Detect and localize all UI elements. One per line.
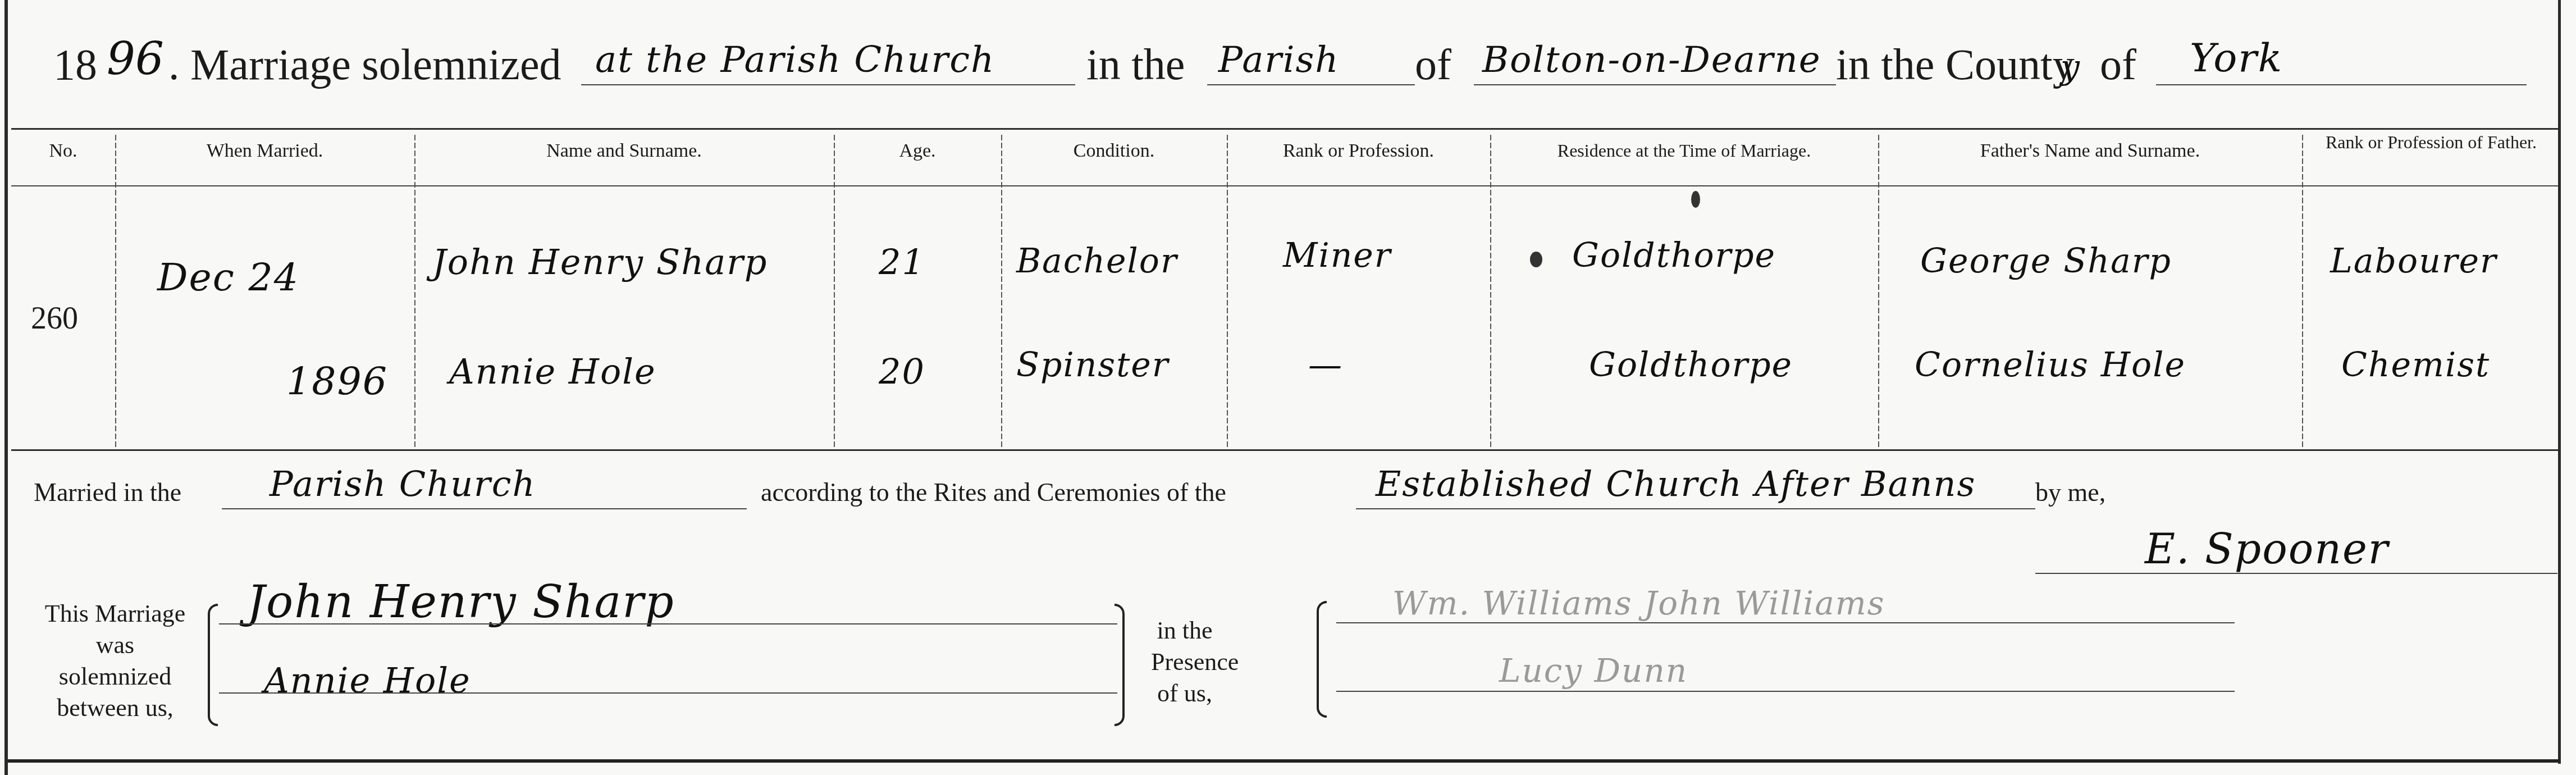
col-divider-8 [2302,135,2303,449]
year-suffix: 96 [107,33,164,85]
venue-underline [222,508,747,509]
col-header-rank: Rank or Profession. [1227,140,1490,162]
groom-father-profession: Labourer [2330,241,2497,281]
groom-residence: Goldthorpe [1572,236,1776,275]
groom-profession: Miner [1283,236,1391,275]
table-top-rule [11,128,2558,130]
col-header-residence: Residence at the Time of Marriage. [1490,140,1878,161]
county-underline [2156,84,2527,85]
bride-residence: Goldthorpe [1589,345,1793,385]
col-header-when-married: When Married. [115,140,414,162]
marriage-solemnized-text: . Marriage solemnized [168,39,561,90]
county-suffix: y [2061,48,2081,87]
place-underline [581,84,1075,85]
married-in-the-text: Married in the [34,477,181,507]
in-the-text: in the [1086,39,1185,90]
date-year: 1896 [286,359,388,404]
witness-2-signature: Lucy Dunn [1499,651,1688,690]
year-prefix: 18 [53,39,97,90]
groom-name: John Henry Sharp [432,241,768,282]
right-border [2558,0,2561,764]
groom-signature-line [219,623,1117,624]
according-to-text: according to the Rites and Ceremonies of… [761,477,1226,507]
officiant-signature: E. Spooner [2145,525,2389,573]
date-month-day: Dec 24 [157,256,299,300]
bride-age: 20 [879,351,925,392]
witness-2-line [1336,691,2235,692]
between-us-label: This Marriage was solemnized between us, [17,598,213,724]
label-line: This Marriage [17,598,213,630]
bride-father-profession: Chemist [2341,345,2490,385]
col-divider-7 [1878,135,1879,449]
col-divider-2 [414,135,415,449]
parish-name-field: Bolton-on-Dearne [1482,39,1821,81]
col-header-no: No. [11,140,115,162]
presence-label: in the Presence of us, [1151,615,1218,709]
ink-blot [1530,252,1542,267]
col-header-name: Name and Surname. [414,140,834,162]
table-bottom-rule [11,449,2558,451]
in-the-county-text: in the County [1836,39,2075,90]
officiant-underline [2035,573,2557,574]
parish-underline [1474,84,1836,85]
label-line: between us, [17,692,213,724]
bride-name: Annie Hole [449,351,656,392]
witness-1-line [1336,622,2235,623]
witness-1-signature: Wm. Williams John Williams [1392,584,1885,622]
ink-blot [1691,191,1700,208]
label-line: in the [1151,615,1218,646]
groom-age: 21 [879,241,925,282]
col-header-condition: Condition. [1001,140,1227,162]
of-text-2: of [2100,39,2136,90]
groom-father-name: George Sharp [1920,241,2172,281]
bride-profession: — [1308,345,1343,385]
label-line: Presence [1151,646,1218,678]
district-type-field: Parish [1218,39,1339,81]
venue-field: Parish Church [270,463,536,504]
right-brace [1115,604,1125,726]
col-header-father-name: Father's Name and Surname. [1878,140,2302,162]
bride-condition: Spinster [1016,345,1169,385]
col-divider-4 [1001,135,1002,449]
col-header-age: Age. [834,140,1001,162]
of-text: of [1415,39,1451,90]
bottom-border [8,759,2560,763]
col-divider-1 [115,135,116,449]
district-underline [1207,84,1415,85]
col-divider-3 [834,135,835,449]
left-brace [208,604,218,726]
rite-field: Established Church After Banns [1376,463,1976,504]
col-divider-5 [1227,135,1228,449]
left-border [4,0,8,775]
col-header-father-rank: Rank or Profession of Father. [2308,130,2555,154]
bride-signature: Annie Hole [264,660,471,701]
label-line: of us, [1151,678,1218,709]
entry-number: 260 [31,300,78,336]
groom-condition: Bachelor [1016,241,1178,281]
groom-signature: John Henry Sharp [247,576,675,628]
marriage-register-page: 18 96 . Marriage solemnized at the Paris… [0,0,2576,775]
by-me-text: by me, [2035,477,2105,507]
col-divider-6 [1490,135,1491,449]
rite-underline [1356,508,2035,509]
bride-father-name: Cornelius Hole [1915,345,2186,385]
header-bottom-rule [11,185,2558,186]
presence-brace [1317,601,1327,718]
county-name-field: York [2190,35,2283,81]
bride-signature-line [219,692,1117,694]
place-field: at the Parish Church [595,39,995,81]
label-line: was [17,630,213,661]
label-line: solemnized [17,661,213,692]
